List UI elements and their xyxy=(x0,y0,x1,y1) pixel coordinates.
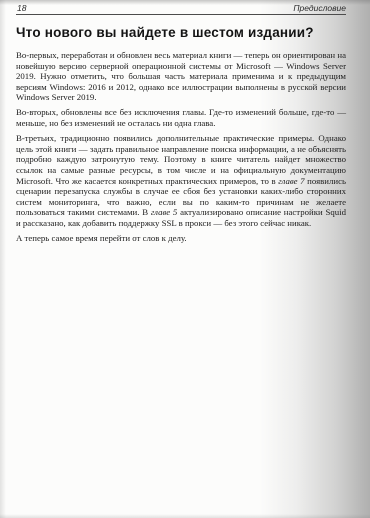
chapter-5-reference: главе 5 xyxy=(151,207,178,217)
section-heading: Что нового вы найдете в шестом издании? xyxy=(16,25,346,40)
paragraph-4: А теперь самое время перейти от слов к д… xyxy=(16,233,346,244)
paragraph-3: В-третьих, традиционно появились дополни… xyxy=(16,133,346,228)
book-page: 18 Предисловие Что нового вы найдете в ш… xyxy=(0,0,370,518)
paragraph-2: Во-вторых, обновлены все без исключения … xyxy=(16,107,346,128)
body-text: Во-первых, переработан и обновлен весь м… xyxy=(16,50,346,244)
chapter-7-reference: главе 7 xyxy=(278,176,304,186)
page-number: 18 xyxy=(17,4,26,13)
header-rule xyxy=(16,14,346,15)
paragraph-1: Во-первых, переработан и обновлен весь м… xyxy=(16,50,346,103)
running-title: Предисловие xyxy=(293,4,346,13)
running-header: 18 Предисловие xyxy=(0,0,370,13)
